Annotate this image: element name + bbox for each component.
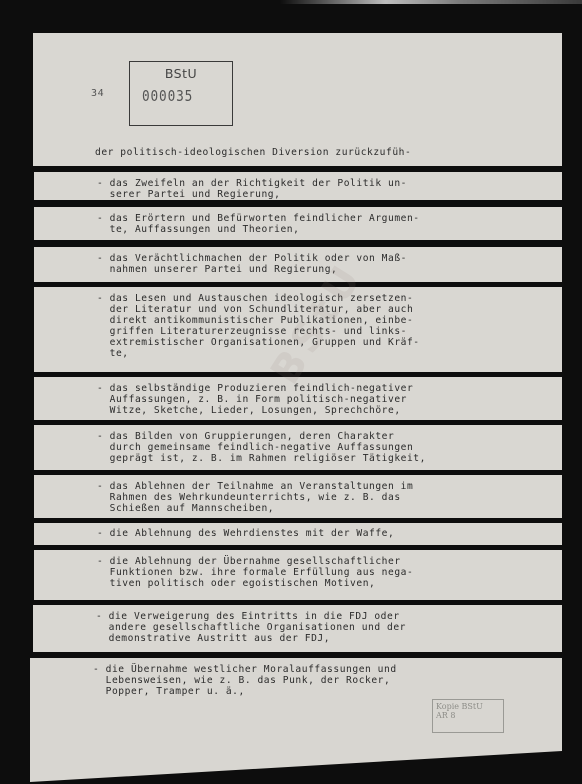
item-slip: - das Bilden von Gruppierungen, deren Ch… [34, 425, 562, 470]
item-line: geprägt ist, z. B. im Rahmen religiöser … [97, 453, 426, 464]
item-slip: - das Zweifeln an der Richtigkeit der Po… [34, 172, 562, 200]
item-slip: - das Lesen und Austauschen ideologisch … [34, 287, 562, 372]
list-item: - die Verweigerung des Eintritts in die … [96, 611, 406, 644]
item-line: Lebensweisen, wie z. B. das Punk, der Ro… [93, 675, 397, 686]
list-item: - das Lesen und Austauschen ideologisch … [97, 293, 420, 359]
item-line: - die Ablehnung der Übernahme gesellscha… [97, 556, 413, 567]
item-line: te, [97, 348, 420, 359]
item-line: nahmen unserer Partei und Regierung, [97, 264, 407, 275]
item-line: - das Zweifeln an der Richtigkeit der Po… [97, 178, 407, 189]
item-slip: - die Ablehnung des Wehrdienstes mit der… [34, 523, 562, 545]
item-line: Rahmen des Wehrkundeunterrichts, wie z. … [97, 492, 413, 503]
photo-glare [280, 0, 582, 4]
list-item: - die Übernahme westlicher Moralauffassu… [93, 664, 397, 697]
list-item: - das Verächtlichmachen der Politik oder… [97, 253, 407, 275]
item-line: - die Übernahme westlicher Moralauffassu… [93, 664, 397, 675]
item-slip: - das Ablehnen der Teilnahme an Veransta… [34, 475, 562, 518]
item-slip: - die Übernahme westlicher Moralauffassu… [30, 658, 562, 782]
list-item: - das Erörtern und Befürworten feindlich… [97, 213, 420, 235]
item-line: griffen Literaturerzeugnisse rechts- und… [97, 326, 420, 337]
copy-stamp-ref: AR 8 [436, 711, 503, 720]
item-line: andere gesellschaftliche Organisationen … [96, 622, 406, 633]
item-line: der Literatur und von Schundliteratur, a… [97, 304, 420, 315]
item-line: extremistischer Organisationen, Gruppen … [97, 337, 420, 348]
item-slip: - die Ablehnung der Übernahme gesellscha… [34, 550, 562, 600]
item-line: - das Bilden von Gruppierungen, deren Ch… [97, 431, 426, 442]
item-line: serer Partei und Regierung, [97, 189, 407, 200]
item-line: - die Verweigerung des Eintritts in die … [96, 611, 406, 622]
item-line: - das Lesen und Austauschen ideologisch … [97, 293, 420, 304]
copy-stamp-label: Kopie BStU [436, 702, 503, 711]
item-slip: - das Erörtern und Befürworten feindlich… [34, 207, 562, 240]
intro-line-1: der politisch-ideologischen Diversion zu… [95, 147, 418, 158]
stamp-organization: BStU [130, 66, 232, 81]
archive-stamp: BStU 000035 [129, 61, 233, 126]
item-line: - das Ablehnen der Teilnahme an Veransta… [97, 481, 413, 492]
item-line: Schießen auf Mannscheiben, [97, 503, 413, 514]
list-item: - das Zweifeln an der Richtigkeit der Po… [97, 178, 407, 200]
item-line: - das selbständige Produzieren feindlich… [97, 383, 413, 394]
item-line: demonstrative Austritt aus der FDJ, [96, 633, 406, 644]
list-item: - die Ablehnung der Übernahme gesellscha… [97, 556, 413, 589]
list-item: - das Ablehnen der Teilnahme an Veransta… [97, 481, 413, 514]
item-line: Witze, Sketche, Lieder, Losungen, Sprech… [97, 405, 413, 416]
page-number: 34 [91, 88, 104, 99]
item-line: - das Erörtern und Befürworten feindlich… [97, 213, 420, 224]
item-line: - das Verächtlichmachen der Politik oder… [97, 253, 407, 264]
item-slip: - die Verweigerung des Eintritts in die … [33, 605, 562, 652]
list-item: - das selbständige Produzieren feindlich… [97, 383, 413, 416]
item-line: Funktionen bzw. ihre formale Erfüllung a… [97, 567, 413, 578]
list-item: - die Ablehnung des Wehrdienstes mit der… [97, 528, 394, 539]
item-line: tiven politisch oder egoistischen Motive… [97, 578, 413, 589]
item-slip: - das selbständige Produzieren feindlich… [34, 377, 562, 420]
item-line: durch gemeinsame feindlich-negative Auff… [97, 442, 426, 453]
copy-stamp: Kopie BStUAR 8 [432, 699, 504, 733]
item-line: - die Ablehnung des Wehrdienstes mit der… [97, 528, 394, 539]
item-line: te, Auffassungen und Theorien, [97, 224, 420, 235]
header-slip: 34 BStU 000035 der politisch-ideologisch… [33, 33, 562, 166]
item-line: Popper, Tramper u. ä., [93, 686, 397, 697]
item-line: Auffassungen, z. B. in Form politisch-ne… [97, 394, 413, 405]
item-line: direkt antikommunistischer Publikationen… [97, 315, 420, 326]
list-item: - das Bilden von Gruppierungen, deren Ch… [97, 431, 426, 464]
item-slip: - das Verächtlichmachen der Politik oder… [34, 247, 562, 282]
stamp-sheet-number: 000035 [142, 87, 193, 105]
